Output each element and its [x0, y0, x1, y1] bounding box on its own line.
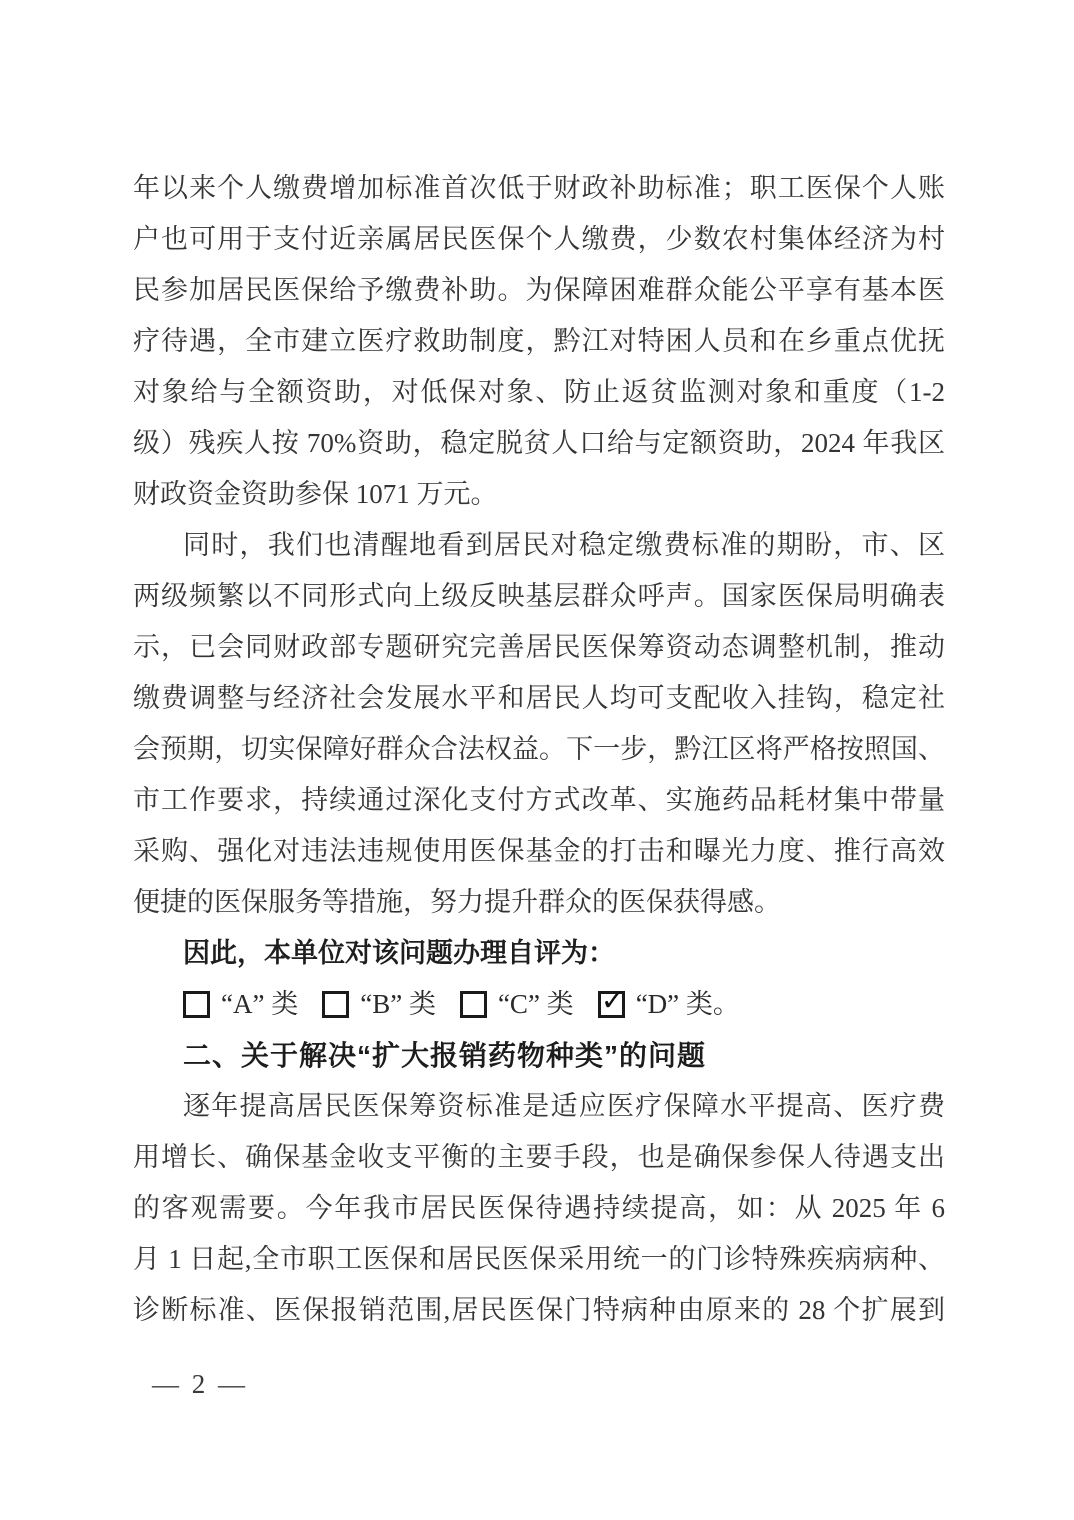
body-line: 对象给与全额资助，对低保对象、防止返贫监测对象和重度（1-2: [133, 367, 945, 418]
body-line: 年以来个人缴费增加标准首次低于财政补助标准；职工医保个人账: [133, 163, 945, 214]
body-line: 缴费调整与经济社会发展水平和居民人均可支配收入挂钩，稳定社: [133, 673, 945, 724]
checkbox-a: [183, 991, 210, 1018]
document-page: 年以来个人缴费增加标准首次低于财政补助标准；职工医保个人账 户也可用于支付近亲属…: [0, 0, 1074, 1520]
body-line: 疗待遇，全市建立医疗救助制度，黔江对特困人员和在乡重点优抚: [133, 316, 945, 367]
body-line: 财政资金资助参保 1071 万元。: [133, 469, 945, 520]
body-line: 示，已会同财政部专题研究完善居民医保筹资动态调整机制，推动: [133, 622, 945, 673]
rating-option-c: “C” 类: [460, 979, 574, 1030]
self-eval-statement: 因此，本单位对该问题办理自评为：: [133, 928, 945, 979]
body-line: 级）残疾人按 70%资助，稳定脱贫人口给与定额资助，2024 年我区: [133, 418, 945, 469]
body-line: 会预期，切实保障好群众合法权益。下一步，黔江区将严格按照国、: [133, 724, 945, 775]
body-line: 的客观需要。今年我市居民医保待遇持续提高，如：从 2025 年 6: [133, 1183, 945, 1234]
body-line: 两级频繁以不同形式向上级反映基层群众呼声。国家医保局明确表: [133, 571, 945, 622]
body-line: 民参加居民医保给予缴费补助。为保障困难群众能公平享有基本医: [133, 265, 945, 316]
body-line: 便捷的医保服务等措施，努力提升群众的医保获得感。: [133, 877, 945, 928]
body-line: 采购、强化对违法违规使用医保基金的打击和曝光力度、推行高效: [133, 826, 945, 877]
rating-option-a-label: “A” 类: [221, 979, 298, 1030]
body-line: 用增长、确保基金收支平衡的主要手段，也是确保参保人待遇支出: [133, 1132, 945, 1183]
body-line: 同时，我们也清醒地看到居民对稳定缴费标准的期盼，市、区: [133, 520, 945, 571]
page-number: — 2 —: [152, 1368, 248, 1400]
body-line: 月 1 日起,全市职工医保和居民医保采用统一的门诊特殊疾病病种、: [133, 1234, 945, 1285]
rating-option-d-label: “D” 类。: [636, 979, 740, 1030]
self-rating-options: “A” 类 “B” 类 “C” 类 ✓ “D” 类。: [133, 979, 945, 1030]
body-line: 诊断标准、医保报销范围,居民医保门特病种由原来的 28 个扩展到: [133, 1285, 945, 1336]
rating-option-a: “A” 类: [183, 979, 298, 1030]
rating-option-b-label: “B” 类: [360, 979, 436, 1030]
checkbox-d: ✓: [598, 991, 625, 1018]
rating-option-d: ✓ “D” 类。: [598, 979, 740, 1030]
rating-option-c-label: “C” 类: [498, 979, 574, 1030]
checkbox-b: [322, 991, 349, 1018]
checkbox-c: [460, 991, 487, 1018]
section-heading: 二、关于解决“扩大报销药物种类”的问题: [133, 1030, 945, 1081]
rating-option-b: “B” 类: [322, 979, 436, 1030]
body-line: 户也可用于支付近亲属居民医保个人缴费，少数农村集体经济为村: [133, 214, 945, 265]
body-line: 市工作要求，持续通过深化支付方式改革、实施药品耗材集中带量: [133, 775, 945, 826]
body-line: 逐年提高居民医保筹资标准是适应医疗保障水平提高、医疗费: [133, 1081, 945, 1132]
document-body: 年以来个人缴费增加标准首次低于财政补助标准；职工医保个人账 户也可用于支付近亲属…: [133, 163, 945, 1336]
check-mark-icon: ✓: [601, 986, 625, 1015]
